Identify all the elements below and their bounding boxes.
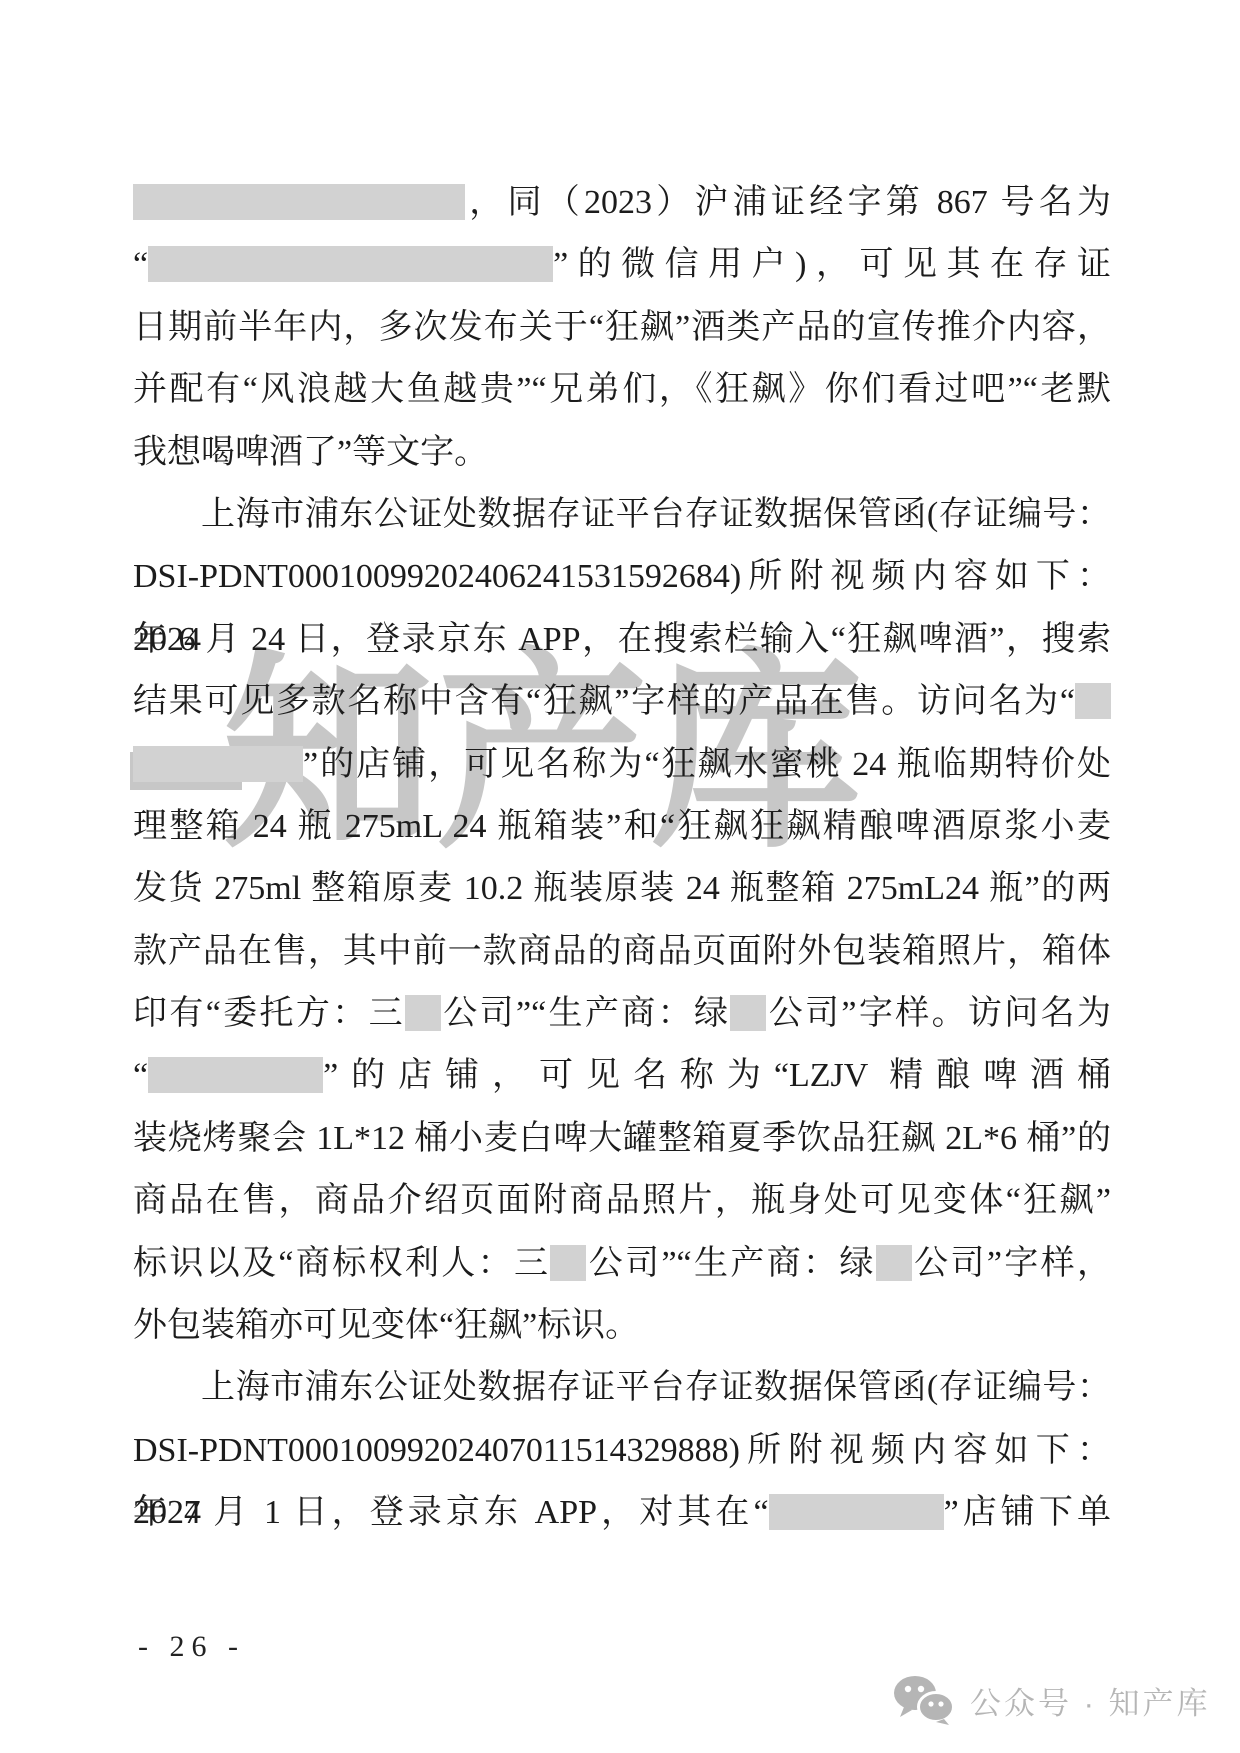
line-text: “ <box>133 246 148 283</box>
line-text: 公司”字样， <box>912 1245 1111 1282</box>
document-line: 理整箱 24 瓶 275mL 24 瓶箱装”和“狂飙狂飙精酿啤酒原浆小麦 <box>133 796 1111 858</box>
line-text: 外包装箱亦可见变体“狂飙”标识。 <box>133 1307 639 1344</box>
document-line: “”的店铺，可见名称为“LZJV 精酿啤酒桶 <box>133 1045 1111 1107</box>
document-line: 装烧烤聚会 1L*12 桶小麦白啤大罐整箱夏季饮品狂飙 2L*6 桶”的 <box>133 1108 1111 1170</box>
line-text: 发货 275ml 整箱原麦 10.2 瓶装原装 24 瓶整箱 275mL24 瓶… <box>133 870 1111 907</box>
redaction-box <box>550 1245 586 1281</box>
document-line: 上海市浦东公证处数据存证平台存证数据保管函(存证编号： <box>133 1357 1111 1419</box>
document-line: 款产品在售，其中前一款商品的商品页面附外包装箱照片，箱体 <box>133 921 1111 983</box>
redaction-box <box>769 1494 944 1530</box>
document-line: 我想喝啤酒了”等文字。 <box>133 422 1111 484</box>
document-line: 商品在售，商品介绍页面附商品照片，瓶身处可见变体“狂飙” <box>133 1170 1111 1232</box>
redaction-box <box>730 995 766 1031</box>
document-line: 年 6 月 24 日，登录京东 APP，在搜索栏输入“狂飙啤酒”，搜索 <box>133 609 1111 671</box>
line-text: ”的微信用户)，可见其在存证 <box>553 246 1111 283</box>
line-text: 理整箱 24 瓶 275mL 24 瓶箱装”和“狂飙狂飙精酿啤酒原浆小麦 <box>133 808 1111 845</box>
redaction-box <box>876 1245 912 1281</box>
document-body: ，同（2023）沪浦证经字第 867 号名为“”的微信用户)，可见其在存证日期前… <box>133 172 1111 1545</box>
line-text: 结果可见多款名称中含有“狂飙”字样的产品在售。访问名为“ <box>133 683 1075 720</box>
line-text: 公司”“生产商：绿 <box>441 995 730 1032</box>
line-text: ”的店铺，可见名称为“狂飙水蜜桃 24 瓶临期特价处 <box>303 746 1111 783</box>
line-text: 年 7 月 1 日，登录京东 APP，对其在“ <box>133 1494 769 1531</box>
redaction-box <box>1075 683 1111 719</box>
document-line: 外包装箱亦可见变体“狂飙”标识。 <box>133 1295 1111 1357</box>
document-line: 年 7 月 1 日，登录京东 APP，对其在“”店铺下单 <box>133 1482 1111 1544</box>
document-line: 结果可见多款名称中含有“狂飙”字样的产品在售。访问名为“ <box>133 671 1111 733</box>
redaction-box <box>148 1057 323 1093</box>
line-text: 商品在售，商品介绍页面附商品照片，瓶身处可见变体“狂飙” <box>133 1182 1111 1219</box>
document-line: DSI-PDNT00010099202407011514329888)所附视频内… <box>133 1420 1111 1482</box>
document-line: 并配有“风浪越大鱼越贵”“兄弟们，《狂飙》你们看过吧”“老默 <box>133 359 1111 421</box>
line-text: 装烧烤聚会 1L*12 桶小麦白啤大罐整箱夏季饮品狂飙 2L*6 桶”的 <box>133 1120 1111 1157</box>
redaction-box <box>148 246 553 282</box>
document-line: 上海市浦东公证处数据存证平台存证数据保管函(存证编号： <box>133 484 1111 546</box>
document-line: DSI-PDNT00010099202406241531592684)所附视频内… <box>133 546 1111 608</box>
document-line: ”的店铺，可见名称为“狂飙水蜜桃 24 瓶临期特价处 <box>133 734 1111 796</box>
line-text: 并配有“风浪越大鱼越贵”“兄弟们，《狂飙》你们看过吧”“老默 <box>133 371 1111 408</box>
line-text: 日期前半年内，多次发布关于“狂飙”酒类产品的宣传推介内容， <box>133 309 1111 346</box>
line-text: ”的店铺，可见名称为“LZJV 精酿啤酒桶 <box>323 1057 1111 1094</box>
line-text: 上海市浦东公证处数据存证平台存证数据保管函(存证编号： <box>201 496 1111 533</box>
footer-label: 公众号 · 知产库 <box>970 1678 1211 1723</box>
line-text: 上海市浦东公证处数据存证平台存证数据保管函(存证编号： <box>201 1369 1111 1406</box>
document-line: 发货 275ml 整箱原麦 10.2 瓶装原装 24 瓶整箱 275mL24 瓶… <box>133 858 1111 920</box>
document-line: 日期前半年内，多次发布关于“狂飙”酒类产品的宣传推介内容， <box>133 297 1111 359</box>
page-number: - 26 - <box>138 1630 245 1664</box>
line-text: 公司”“生产商：绿 <box>586 1245 875 1282</box>
line-text: ，同（2023）沪浦证经字第 867 号名为 <box>465 184 1111 221</box>
line-text: 款产品在售，其中前一款商品的商品页面附外包装箱照片，箱体 <box>133 933 1111 970</box>
wechat-icon <box>892 1674 956 1726</box>
redaction-box <box>133 746 303 782</box>
line-text: 公司”字样。访问名为 <box>766 995 1111 1032</box>
footer: 公众号 · 知产库 <box>892 1674 1211 1726</box>
document-line: “”的微信用户)，可见其在存证 <box>133 234 1111 296</box>
redaction-box <box>133 184 465 220</box>
line-text: 印有“委托方：三 <box>133 995 405 1032</box>
document-line: 印有“委托方：三公司”“生产商：绿公司”字样。访问名为 <box>133 983 1111 1045</box>
line-text: “ <box>133 1057 148 1094</box>
line-text: 我想喝啤酒了”等文字。 <box>133 434 488 471</box>
line-text: ”店铺下单 <box>944 1494 1111 1531</box>
redaction-box <box>405 995 441 1031</box>
document-line: ，同（2023）沪浦证经字第 867 号名为 <box>133 172 1111 234</box>
line-text: 年 6 月 24 日，登录京东 APP，在搜索栏输入“狂飙啤酒”，搜索 <box>133 621 1111 658</box>
line-text: 标识以及“商标权利人：三 <box>133 1245 550 1282</box>
document-line: 标识以及“商标权利人：三公司”“生产商：绿公司”字样， <box>133 1233 1111 1295</box>
